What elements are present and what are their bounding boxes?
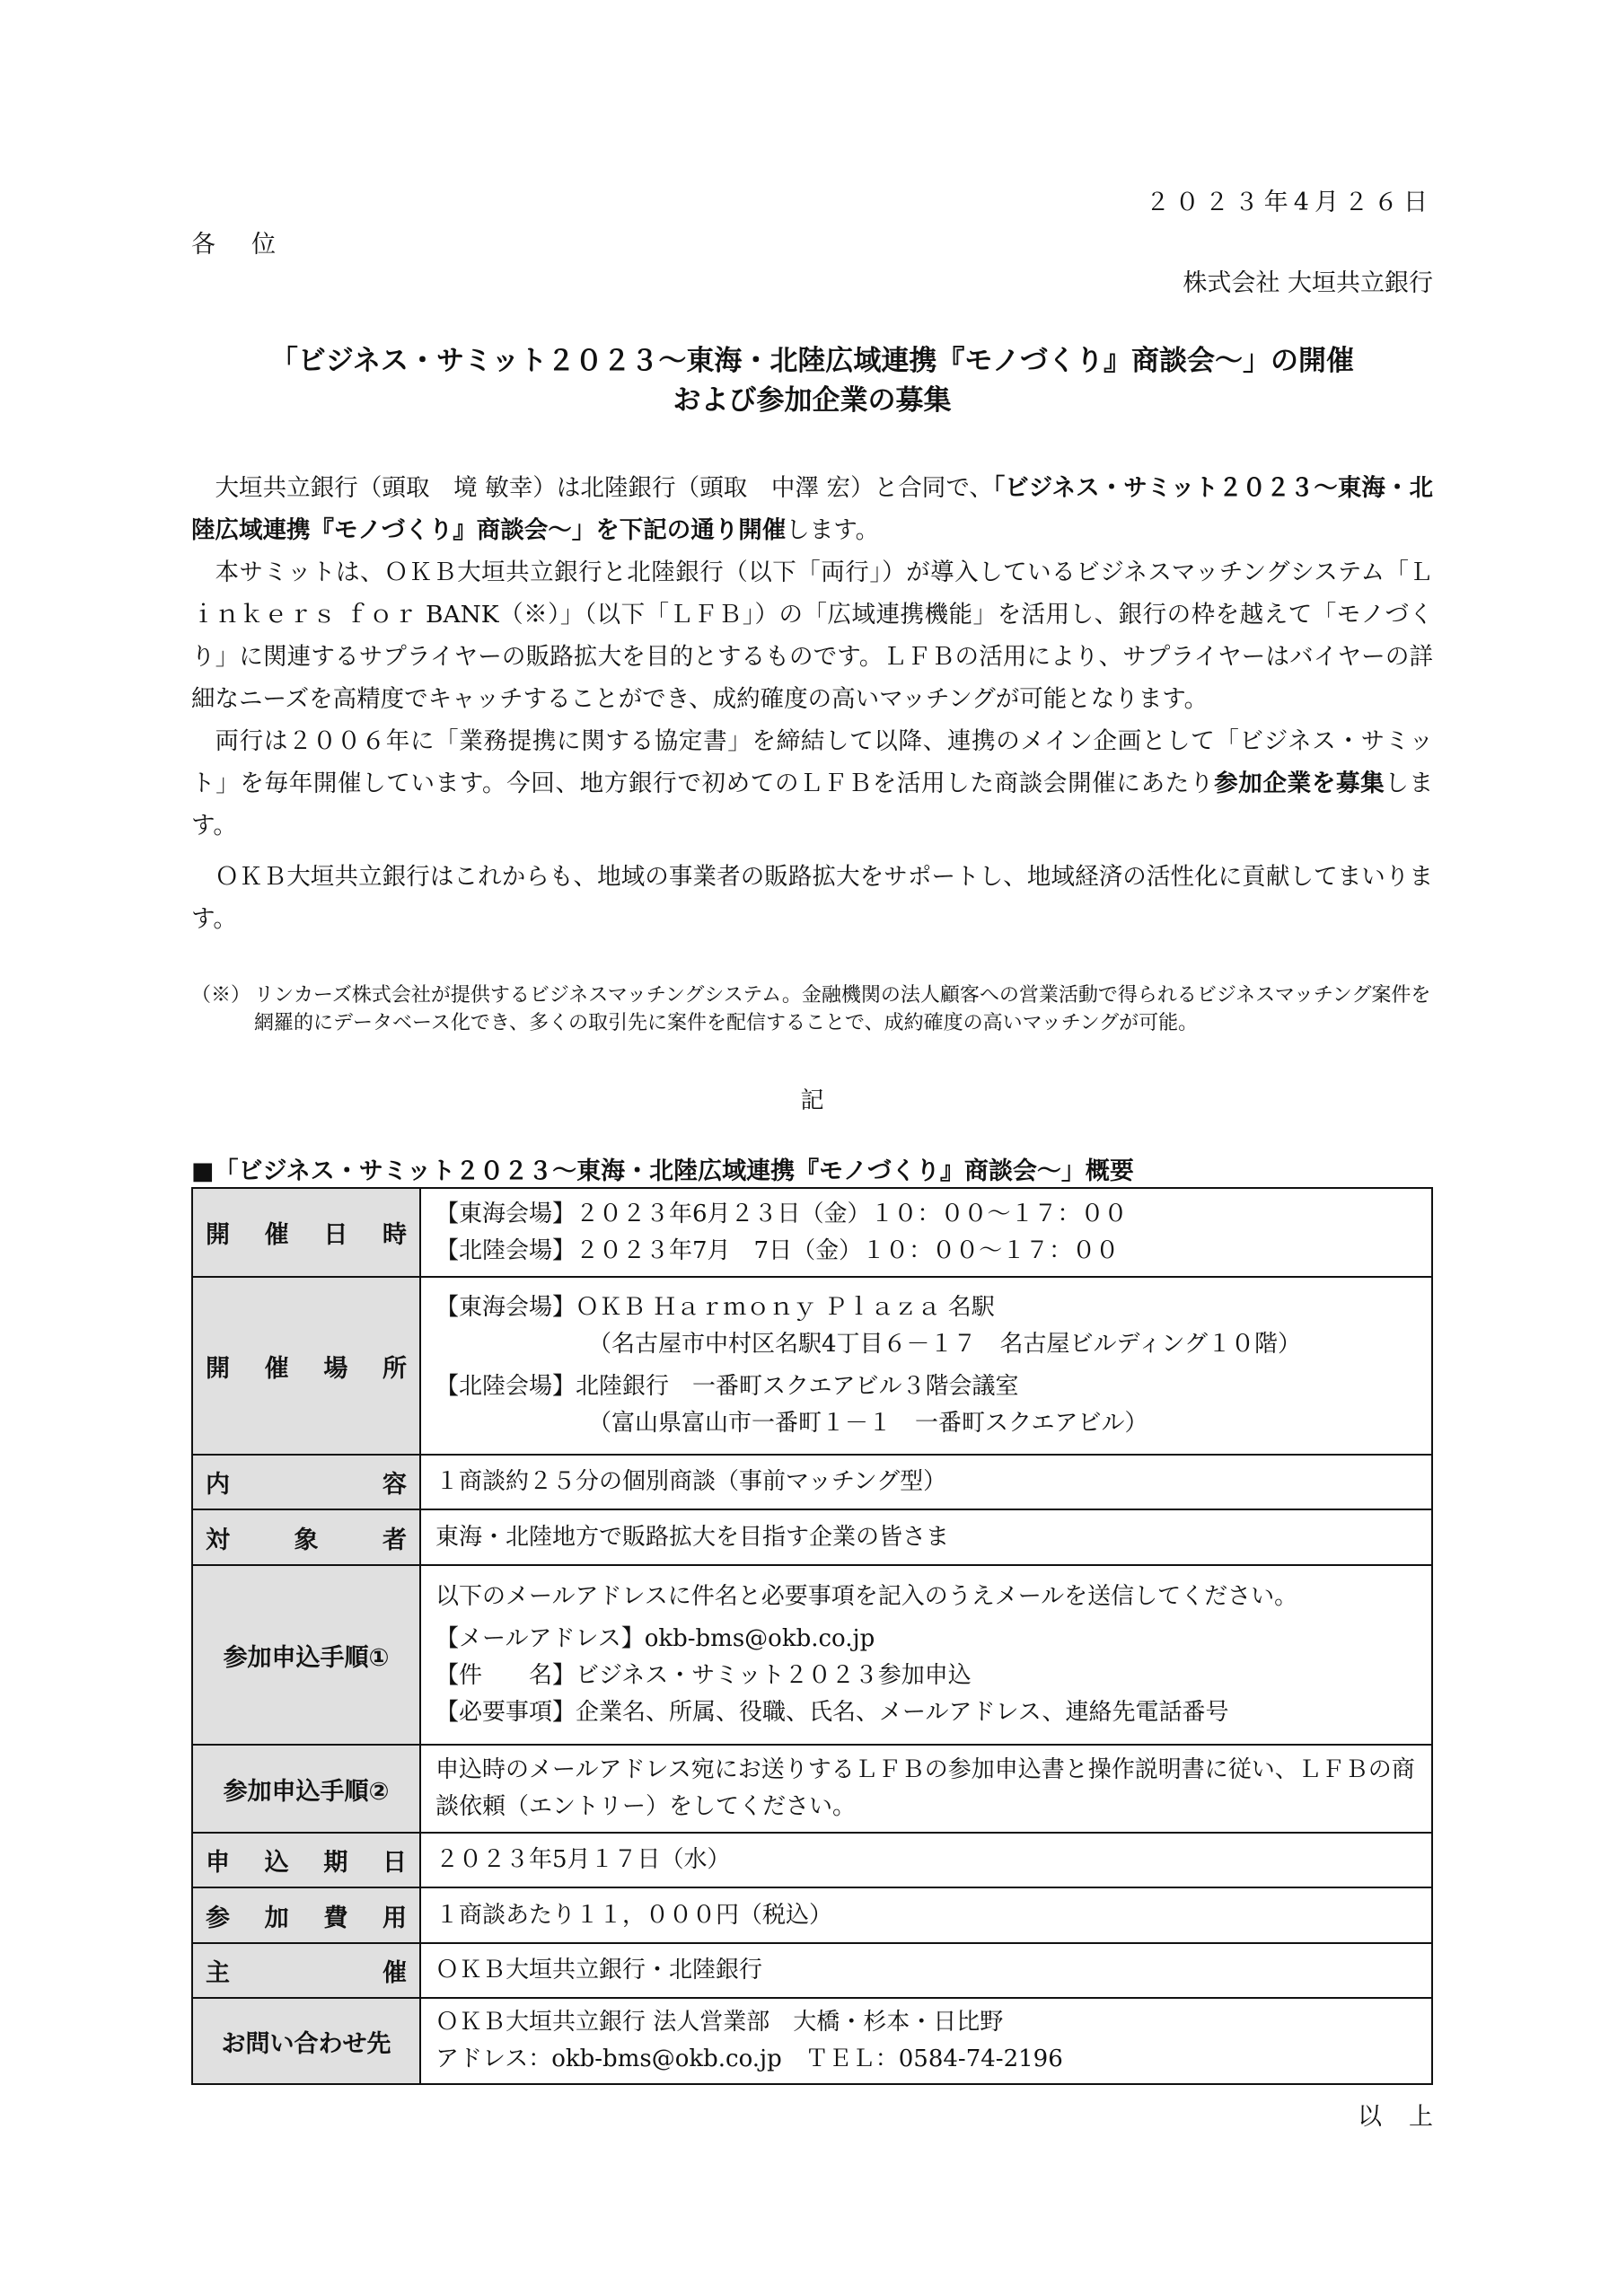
value-content: １商談約２５分の個別商談（事前マッチング型） [420, 1455, 1432, 1509]
table-row-target: 対 象 者 東海・北陸地方で販路拡大を目指す企業の皆さま [192, 1509, 1432, 1565]
label-char: 日 [323, 1215, 347, 1250]
apply-1-subject: 【件 名】ビジネス・サミット２０２３参加申込 [435, 1658, 1419, 1694]
label-char: 所 [383, 1349, 407, 1384]
table-row-venue: 開 催 場 所 【東海会場】ＯＫＢ Ｈａｒｍｏｎｙ Ｐｌａｚａ 名駅 （名古屋市… [192, 1277, 1432, 1455]
issue-date: ２０２３年4月２６日 [1146, 182, 1433, 217]
label-char: 主 [206, 1953, 230, 1988]
label-deadline: 申 込 期 日 [192, 1833, 420, 1887]
contact-line-2[interactable]: アドレス：okb-bms@okb.co.jp ＴＥＬ：0584-74-2196 [435, 2041, 1419, 2078]
ki-marker: 記 [191, 1082, 1433, 1115]
label-char: 時 [383, 1215, 407, 1250]
table-row-apply-2: 参加申込手順② 申込時のメールアドレス宛にお送りするＬＦＢの参加申込書と操作説明… [192, 1745, 1432, 1833]
value-deadline: ２０２３年5月１７日（水） [420, 1833, 1432, 1887]
label-char: 催 [383, 1953, 407, 1988]
value-contact: ＯＫＢ大垣共立銀行 法人営業部 大橋・杉本・日比野 アドレス：okb-bms@o… [420, 1998, 1432, 2084]
label-apply-2-text: 参加申込手順② [206, 1772, 407, 1807]
apply-1-required: 【必要事項】企業名、所属、役職、氏名、メールアドレス、連絡先電話番号 [435, 1694, 1419, 1731]
label-apply-2: 参加申込手順② [192, 1745, 420, 1833]
table-row-host: 主 催 ＯＫＢ大垣共立銀行・北陸銀行 [192, 1943, 1432, 1998]
label-apply-1-text: 参加申込手順① [206, 1638, 407, 1673]
p1-text: 大垣共立銀行（頭取 境 敏幸）は北陸銀行（頭取 中澤 宏）と合同で、 [215, 474, 993, 502]
label-char: 内 [206, 1465, 230, 1500]
table-row-deadline: 申 込 期 日 ２０２３年5月１７日（水） [192, 1833, 1432, 1887]
p1-text-end: します。 [786, 516, 879, 544]
label-char: 費 [323, 1898, 347, 1933]
value-apply-1: 以下のメールアドレスに件名と必要事項を記入のうえメールを送信してください。 【メ… [420, 1565, 1432, 1745]
label-char: 開 [206, 1349, 230, 1384]
p3-bold-text: 参加企業を募集 [1214, 770, 1385, 797]
label-char: 容 [383, 1465, 407, 1500]
body-text: 大垣共立銀行（頭取 境 敏幸）は北陸銀行（頭取 中澤 宏）と合同で、「ビジネス・… [191, 467, 1433, 940]
title-line-1: 「ビジネス・サミット２０２３～東海・北陸広域連携『モノづくり』商談会～」の開催 [191, 341, 1433, 381]
label-char: 催 [265, 1349, 289, 1384]
label-char: 込 [265, 1843, 289, 1878]
paragraph-1: 大垣共立銀行（頭取 境 敏幸）は北陸銀行（頭取 中澤 宏）と合同で、「ビジネス・… [191, 467, 1433, 551]
addressee: 各位 [191, 224, 312, 260]
contact-line-1: ＯＫＢ大垣共立銀行 法人営業部 大橋・杉本・日比野 [435, 2004, 1419, 2041]
label-target: 対 象 者 [192, 1509, 420, 1565]
value-venue: 【東海会場】ＯＫＢ Ｈａｒｍｏｎｙ Ｐｌａｚａ 名駅 （名古屋市中村区名駅4丁目… [420, 1277, 1432, 1455]
apply-1-intro: 以下のメールアドレスに件名と必要事項を記入のうえメールを送信してください。 [435, 1579, 1419, 1615]
venue-hokuriku-name: 【北陸会場】北陸銀行 一番町スクエアビル３階会議室 [435, 1368, 1419, 1405]
venue-tokai-name: 【東海会場】ＯＫＢ Ｈａｒｍｏｎｙ Ｐｌａｚａ 名駅 [435, 1289, 1419, 1326]
date-tokai: 【東海会場】２０２３年6月２３日（金）１０：００～１７：００ [435, 1196, 1419, 1233]
table-row-content: 内 容 １商談約２５分の個別商談（事前マッチング型） [192, 1455, 1432, 1509]
document-title: 「ビジネス・サミット２０２３～東海・北陸広域連携『モノづくり』商談会～」の開催 … [191, 341, 1433, 420]
label-char: 象 [295, 1520, 319, 1555]
label-contact: お問い合わせ先 [192, 1998, 420, 2084]
paragraph-2: 本サミットは、ＯＫＢ大垣共立銀行と北陸銀行（以下「両行」）が導入しているビジネス… [191, 551, 1433, 720]
label-char: 用 [383, 1898, 407, 1933]
label-char: 開 [206, 1215, 230, 1250]
paragraph-4: ＯＫＢ大垣共立銀行はこれからも、地域の事業者の販路拡大をサポートし、地域経済の活… [191, 856, 1433, 940]
footnote: （※） リンカーズ株式会社が提供するビジネスマッチングシステム。金融機関の法人顧… [191, 981, 1433, 1037]
label-char: 場 [323, 1349, 347, 1384]
date-hokuriku: 【北陸会場】２０２３年7月 7日（金）１０：００～１７：００ [435, 1233, 1419, 1270]
label-date: 開 催 日 時 [192, 1188, 420, 1277]
sender-name: 株式会社 大垣共立銀行 [1183, 263, 1433, 298]
label-char: 日 [383, 1843, 407, 1878]
label-content: 内 容 [192, 1455, 420, 1509]
value-fee: １商談あたり１１，０００円（税込） [420, 1887, 1432, 1943]
label-char: 対 [206, 1520, 230, 1555]
value-date: 【東海会場】２０２３年6月２３日（金）１０：００～１７：００ 【北陸会場】２０２… [420, 1188, 1432, 1277]
venue-tokai-address: （名古屋市中村区名駅4丁目６－１７ 名古屋ビルディング１０階） [435, 1326, 1419, 1363]
label-char: 者 [383, 1520, 407, 1555]
label-apply-1: 参加申込手順① [192, 1565, 420, 1745]
label-venue: 開 催 場 所 [192, 1277, 420, 1455]
title-line-2: および参加企業の募集 [191, 381, 1433, 420]
footnote-text: リンカーズ株式会社が提供するビジネスマッチングシステム。金融機関の法人顧客への営… [254, 981, 1433, 1037]
label-char: 催 [265, 1215, 289, 1250]
footnote-mark: （※） [191, 981, 251, 1009]
label-contact-text: お問い合わせ先 [206, 2024, 407, 2059]
table-row-date: 開 催 日 時 【東海会場】２０２３年6月２３日（金）１０：００～１７：００ 【… [192, 1188, 1432, 1277]
overview-heading: ■「ビジネス・サミット２０２３～東海・北陸広域連携『モノづくり』商談会～」概要 [191, 1151, 1134, 1186]
paragraph-3: 両行は２００６年に「業務提携に関する協定書」を締結して以降、連携のメイン企画とし… [191, 720, 1433, 847]
label-fee: 参 加 費 用 [192, 1887, 420, 1943]
value-apply-2: 申込時のメールアドレス宛にお送りするＬＦＢの参加申込書と操作説明書に従い、ＬＦＢ… [420, 1745, 1432, 1833]
label-char: 参 [206, 1898, 230, 1933]
table-row-contact: お問い合わせ先 ＯＫＢ大垣共立銀行 法人営業部 大橋・杉本・日比野 アドレス：o… [192, 1998, 1432, 2084]
label-char: 申 [206, 1843, 230, 1878]
table-row-apply-1: 参加申込手順① 以下のメールアドレスに件名と必要事項を記入のうえメールを送信して… [192, 1565, 1432, 1745]
label-host: 主 催 [192, 1943, 420, 1998]
value-target: 東海・北陸地方で販路拡大を目指す企業の皆さま [420, 1509, 1432, 1565]
value-host: ＯＫＢ大垣共立銀行・北陸銀行 [420, 1943, 1432, 1998]
venue-hokuriku-address: （富山県富山市一番町１－１ 一番町スクエアビル） [435, 1405, 1419, 1442]
apply-1-email[interactable]: 【メールアドレス】okb-bms@okb.co.jp [435, 1621, 1419, 1658]
label-char: 加 [265, 1898, 289, 1933]
table-row-fee: 参 加 費 用 １商談あたり１１，０００円（税込） [192, 1887, 1432, 1943]
label-char: 期 [323, 1843, 347, 1878]
overview-table: 開 催 日 時 【東海会場】２０２３年6月２３日（金）１０：００～１７：００ 【… [191, 1187, 1433, 2085]
closing-mark: 以上 [1358, 2097, 1460, 2132]
